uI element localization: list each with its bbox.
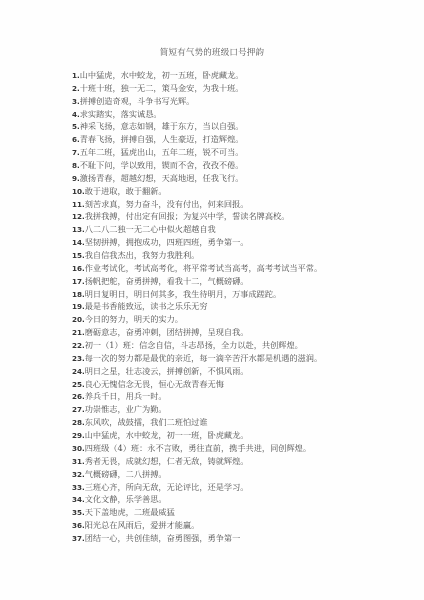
slogan-text: 秀者无畏，成就幻想，仁者无敌，铸就辉煌。 (85, 456, 249, 466)
slogan-item: 21.磨砺意志，奋勇冲刺，团结拼搏，呈现自我。 (72, 326, 322, 339)
slogan-item: 11.刻苦求真，努力奋斗，没有付出，何来回报。 (72, 198, 322, 211)
slogan-number: 10. (72, 187, 85, 196)
slogan-number: 1. (72, 71, 80, 80)
slogan-number: 23. (72, 354, 85, 363)
slogan-number: 16. (72, 264, 85, 273)
slogan-item: 37.团结一心，共创佳绩，奋勇图强，勇争第一 (72, 532, 322, 545)
slogan-item: 17.扬帆把舵，奋勇拼搏，看我十二，气概磅礴。 (72, 275, 322, 288)
slogan-number: 18. (72, 290, 85, 299)
slogan-item: 27.功崇惟志，业广为勤。 (72, 403, 322, 416)
slogan-item: 26.养兵千日，用兵一时。 (72, 390, 322, 403)
slogan-number: 22. (72, 341, 85, 350)
slogan-item: 34.文化文静，乐学善思。 (72, 493, 322, 506)
slogan-text: 磨砺意志，奋勇冲刺，团结拼搏，呈现自我。 (85, 327, 249, 337)
slogan-text: 我自信我杰出，我努力我胜利。 (85, 250, 200, 260)
slogan-number: 4. (72, 110, 80, 119)
slogan-number: 19. (72, 302, 85, 311)
slogan-item: 30.四班级（4）班：永不言败，勇往直前，携手共进，同创辉煌。 (72, 442, 322, 455)
slogan-number: 15. (72, 251, 85, 260)
slogan-number: 3. (72, 97, 80, 106)
slogan-number: 7. (72, 148, 80, 157)
slogan-item: 5.神采飞扬，意志如钢，雄于东方，当以自强。 (72, 120, 322, 133)
slogan-number: 27. (72, 405, 85, 414)
slogan-text: 阳光总在风雨后，爱拼才能赢。 (85, 520, 200, 530)
slogan-item: 9.激扬青春，超越幻想，天高地迥，任我飞行。 (72, 172, 322, 185)
slogan-item: 15.我自信我杰出，我努力我胜利。 (72, 249, 322, 262)
slogan-text: 明日复明日，明日何其多，我生待明月，万事成蹉跎。 (85, 289, 282, 299)
slogan-number: 14. (72, 238, 85, 247)
slogan-item: 8.不耻下问，学以致用，锲而不舍，孜孜不倦。 (72, 159, 322, 172)
slogan-number: 13. (72, 225, 85, 234)
slogan-number: 36. (72, 521, 85, 530)
slogan-text: 山中猛虎，水中蛟龙，初一一班，卧虎藏龙。 (85, 430, 249, 440)
slogan-number: 9. (72, 174, 80, 183)
slogan-item: 14.坚韧拼搏，拥抱成功，四班四班，勇争第一。 (72, 236, 322, 249)
slogan-item: 35.天下盖地虎，二班最威猛 (72, 506, 322, 519)
slogan-text: 扬帆把舵，奋勇拼搏，看我十二，气概磅礴。 (85, 276, 249, 286)
slogan-text: 初一（1）班：信念自信，斗志昂扬，全力以赴，共创辉煌。 (85, 340, 303, 350)
slogan-text: 坚韧拼搏，拥抱成功，四班四班，勇争第一。 (85, 237, 249, 247)
slogan-number: 25. (72, 380, 85, 389)
slogan-text: 文化文静，乐学善思。 (85, 494, 167, 504)
slogan-item: 2.十班十班，独一无二，策马金安，为我十班。 (72, 82, 322, 95)
slogan-item: 20.今日的努力，明天的实力。 (72, 313, 322, 326)
slogan-number: 34. (72, 495, 85, 504)
slogan-text: 四班级（4）班：永不言败，勇往直前，携手共进，同创辉煌。 (85, 443, 311, 453)
slogan-item: 24.明日之星，壮志凌云，拼搏创新，不惧风雨。 (72, 365, 322, 378)
slogan-text: 今日的努力，明天的实力。 (85, 314, 183, 324)
slogan-item: 13.八二八二独一无二心中似火超越自我 (72, 223, 322, 236)
slogan-item: 18.明日复明日，明日何其多，我生待明月，万事成蹉跎。 (72, 288, 322, 301)
slogan-number: 2. (72, 84, 80, 93)
slogan-number: 17. (72, 277, 85, 286)
slogan-text: 团结一心，共创佳绩，奋勇图强，勇争第一 (85, 533, 241, 543)
slogan-text: 五年二班，猛虎出山，五年二班，锐不可当。 (80, 147, 244, 157)
slogan-text: 拼搏创造奇观，斗争书写光辉。 (80, 96, 195, 106)
slogan-item: 19.最是书香能致远，读书之乐乐无穷 (72, 300, 322, 313)
slogan-number: 32. (72, 470, 85, 479)
slogan-text: 我拼我搏，付出定有回报；为复兴中学，誓读名牌高校。 (85, 211, 290, 221)
slogan-number: 24. (72, 367, 85, 376)
slogan-number: 20. (72, 315, 85, 324)
slogan-item: 36.阳光总在风雨后，爱拼才能赢。 (72, 519, 322, 532)
slogan-item: 33.三班心齐，所向无敌，无论评比，还是学习。 (72, 481, 322, 494)
slogan-text: 明日之星，壮志凌云，拼搏创新，不惧风雨。 (85, 366, 249, 376)
document-page: 简短有气势的班级口号押韵 1.山中猛虎，水中蛟龙，初一五班，卧虎藏龙。2.十班十… (0, 0, 424, 600)
slogan-text: 敢于进取，敢于翻新。 (85, 186, 167, 196)
slogan-text: 最是书香能致远，读书之乐乐无穷 (85, 301, 208, 311)
slogan-item: 29.山中猛虎，水中蛟龙，初一一班，卧虎藏龙。 (72, 429, 322, 442)
slogan-number: 33. (72, 483, 85, 492)
slogan-number: 30. (72, 444, 85, 453)
slogan-text: 山中猛虎，水中蛟龙，初一五班，卧虎藏龙。 (80, 70, 244, 80)
slogan-number: 37. (72, 534, 85, 543)
slogan-item: 28.东风吹，战鼓擂，我们二班怕过谁 (72, 416, 322, 429)
slogan-text: 不耻下问，学以致用，锲而不舍，孜孜不倦。 (80, 160, 244, 170)
slogan-number: 6. (72, 135, 80, 144)
document-title: 简短有气势的班级口号押韵 (0, 47, 424, 59)
slogan-text: 东风吹，战鼓擂，我们二班怕过谁 (85, 417, 208, 427)
slogan-item: 31.秀者无畏，成就幻想，仁者无敌，铸就辉煌。 (72, 455, 322, 468)
slogan-item: 23.每一次的努力都是最优的亲近，每一滴辛苦汗水都是机遇的滋润。 (72, 352, 322, 365)
slogan-item: 25.良心无愧信念无畏，恒心无敌青春无悔 (72, 378, 322, 391)
slogan-item: 3.拼搏创造奇观，斗争书写光辉。 (72, 95, 322, 108)
slogan-number: 29. (72, 431, 85, 440)
slogan-number: 31. (72, 457, 85, 466)
slogan-text: 天下盖地虎，二班最威猛 (85, 507, 175, 517)
slogan-text: 青春飞扬，拼搏自强，人生豪迈，打造辉煌。 (80, 134, 244, 144)
slogan-text: 三班心齐，所向无敌，无论评比，还是学习。 (85, 482, 249, 492)
slogan-item: 16.作业考试化，考试高考化，将平常考试当高考，高考考试当平常。 (72, 262, 322, 275)
slogan-text: 作业考试化，考试高考化，将平常考试当高考，高考考试当平常。 (85, 263, 322, 273)
slogan-number: 12. (72, 212, 85, 221)
slogan-number: 11. (72, 200, 85, 209)
slogan-text: 气概磅礴，二八拼搏。 (85, 469, 167, 479)
slogan-item: 1.山中猛虎，水中蛟龙，初一五班，卧虎藏龙。 (72, 69, 322, 82)
slogan-number: 8. (72, 161, 80, 170)
slogan-number: 26. (72, 392, 85, 401)
slogan-item: 7.五年二班，猛虎出山，五年二班，锐不可当。 (72, 146, 322, 159)
slogan-item: 10.敢于进取，敢于翻新。 (72, 185, 322, 198)
slogan-list: 1.山中猛虎，水中蛟龙，初一五班，卧虎藏龙。2.十班十班，独一无二，策马金安，为… (72, 69, 322, 545)
slogan-text: 每一次的努力都是最优的亲近，每一滴辛苦汗水都是机遇的滋润。 (85, 353, 322, 363)
slogan-text: 求实踏实，落实诚恳。 (80, 109, 162, 119)
slogan-number: 28. (72, 418, 85, 427)
slogan-text: 神采飞扬，意志如钢，雄于东方，当以自强。 (80, 121, 244, 131)
slogan-item: 32.气概磅礴，二八拼搏。 (72, 468, 322, 481)
slogan-item: 6.青春飞扬，拼搏自强，人生豪迈，打造辉煌。 (72, 133, 322, 146)
slogan-text: 激扬青春，超越幻想，天高地迥，任我飞行。 (80, 173, 244, 183)
slogan-item: 12.我拼我搏，付出定有回报；为复兴中学，誓读名牌高校。 (72, 210, 322, 223)
slogan-item: 22.初一（1）班：信念自信，斗志昂扬，全力以赴，共创辉煌。 (72, 339, 322, 352)
slogan-number: 21. (72, 328, 85, 337)
slogan-text: 十班十班，独一无二，策马金安，为我十班。 (80, 83, 244, 93)
slogan-number: 35. (72, 508, 85, 517)
slogan-text: 养兵千日，用兵一时。 (85, 391, 167, 401)
slogan-text: 良心无愧信念无畏，恒心无敌青春无悔 (85, 379, 224, 389)
slogan-number: 5. (72, 122, 80, 131)
slogan-text: 功崇惟志，业广为勤。 (85, 404, 167, 414)
slogan-text: 刻苦求真，努力奋斗，没有付出，何来回报。 (85, 199, 249, 209)
slogan-text: 八二八二独一无二心中似火超越自我 (85, 224, 216, 234)
slogan-item: 4.求实踏实，落实诚恳。 (72, 108, 322, 121)
